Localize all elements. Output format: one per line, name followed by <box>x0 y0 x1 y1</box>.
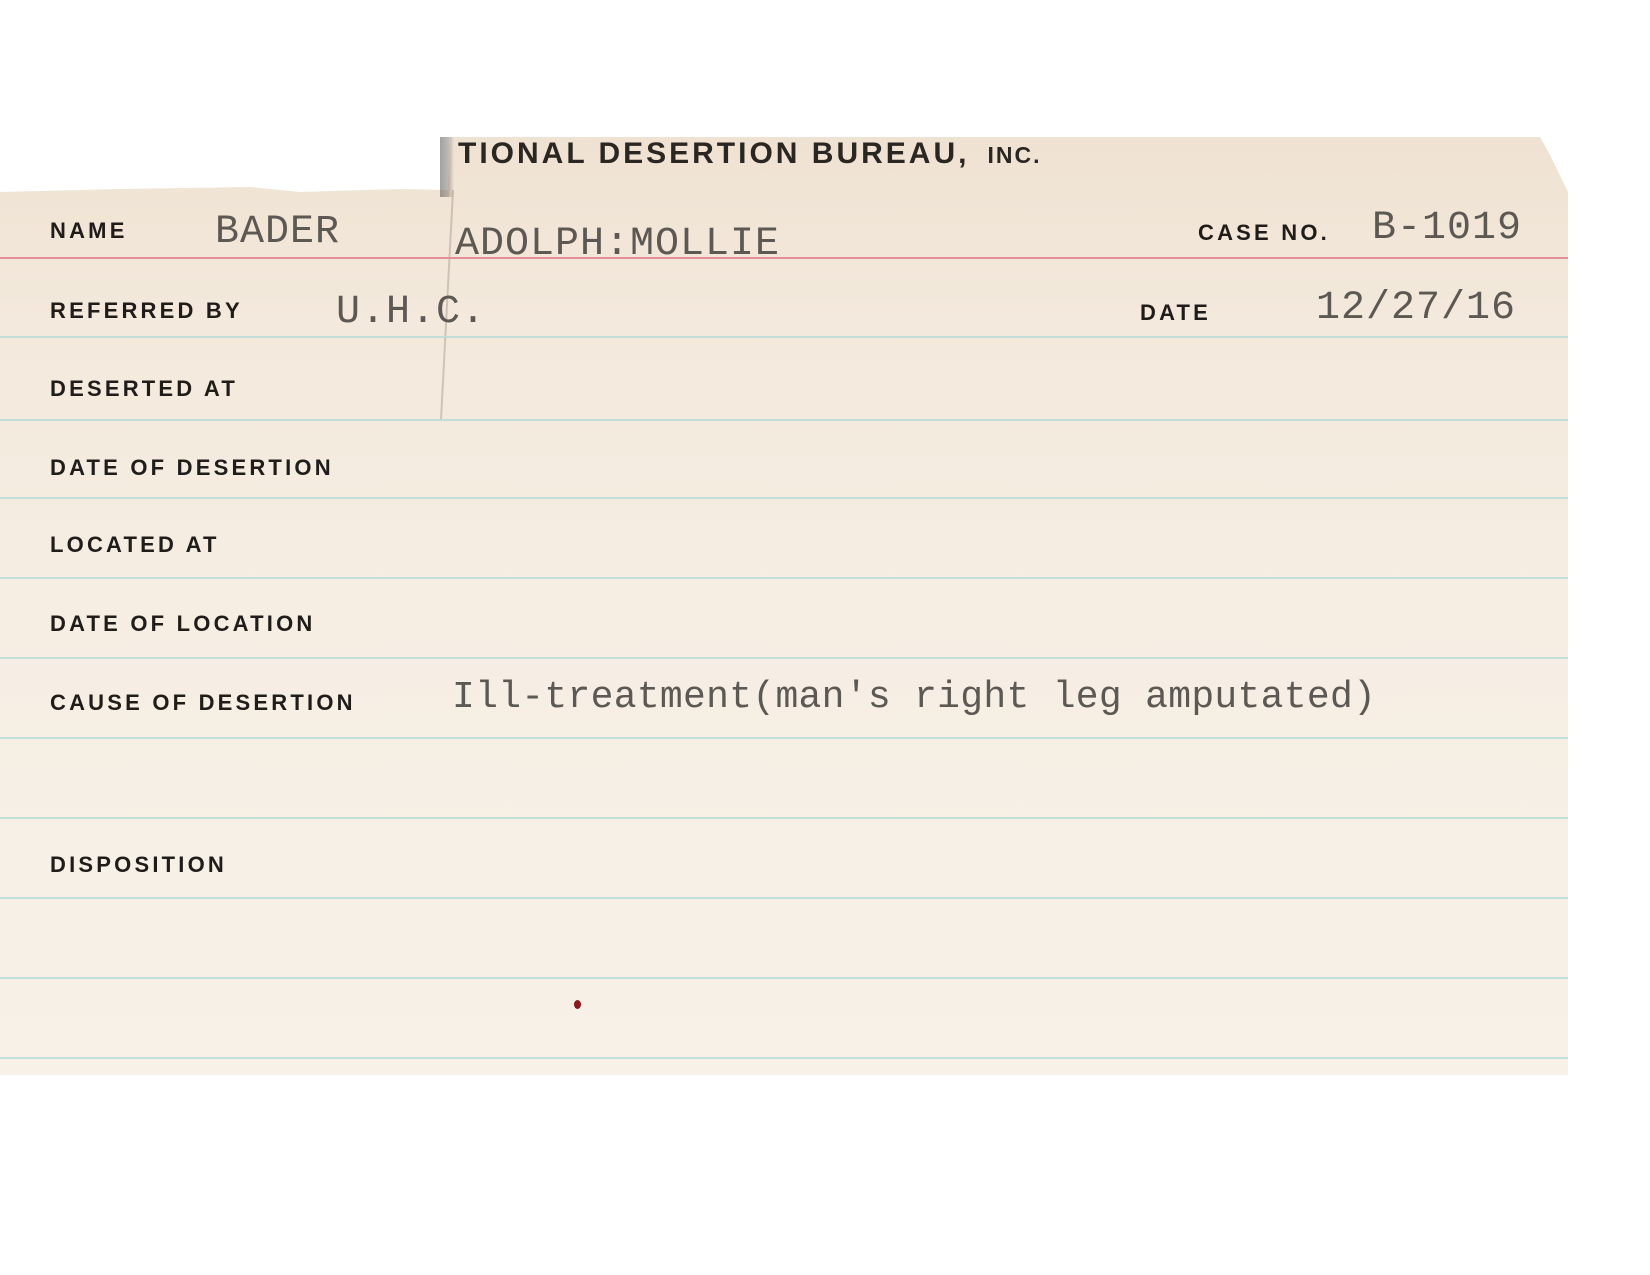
blue-rule <box>0 897 1568 899</box>
date-value: 12/27/16 <box>1316 286 1516 331</box>
date-of-desertion-label: DATE OF DESERTION <box>50 455 334 481</box>
bureau-header: TIONAL DESERTION BUREAU,INC. <box>458 137 1041 171</box>
case-no-label: CASE NO. <box>1198 220 1330 246</box>
date-label: DATE <box>1140 300 1211 326</box>
disposition-label: DISPOSITION <box>50 852 227 878</box>
blue-rule <box>0 497 1568 499</box>
blue-rule <box>0 817 1568 819</box>
blue-rule <box>0 419 1568 421</box>
name-surname: BADER <box>215 210 340 255</box>
case-no-value: B-1019 <box>1372 206 1522 251</box>
name-label: NAME <box>50 218 128 244</box>
bureau-title: TIONAL DESERTION BUREAU, <box>458 137 969 170</box>
blue-rule <box>0 577 1568 579</box>
referred-by-value: U.H.C. <box>336 290 486 335</box>
name-given: ADOLPH:MOLLIE <box>455 222 780 267</box>
torn-corner-shadow <box>440 137 454 197</box>
deserted-at-label: DESERTED AT <box>50 376 238 402</box>
cause-of-desertion-value: Ill-treatment(man's right leg amputated) <box>452 676 1376 719</box>
blue-rule <box>0 737 1568 739</box>
blue-rule <box>0 657 1568 659</box>
ink-spot <box>574 1000 581 1009</box>
referred-by-label: REFERRED BY <box>50 298 243 324</box>
blue-rule <box>0 977 1568 979</box>
bureau-suffix: INC. <box>987 142 1041 168</box>
date-of-location-label: DATE OF LOCATION <box>50 611 315 637</box>
index-card <box>0 137 1568 1075</box>
blue-rule <box>0 1057 1568 1059</box>
located-at-label: LOCATED AT <box>50 532 220 558</box>
blue-rule <box>0 336 1568 338</box>
red-rule <box>0 257 1568 259</box>
cause-of-desertion-label: CAUSE OF DESERTION <box>50 690 356 716</box>
